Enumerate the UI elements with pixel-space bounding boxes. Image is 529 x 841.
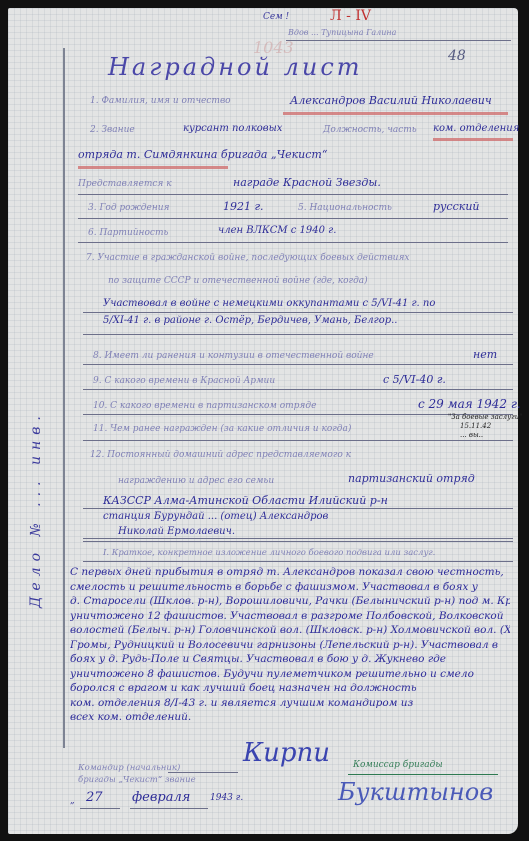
date-month: февраля [132, 790, 190, 805]
field-12-value-3: станция Бурундай ... (отец) Александров [103, 511, 328, 522]
field-7-value-1: Участвовал в войне с немецкими оккупанта… [103, 298, 435, 309]
rule [130, 808, 208, 809]
red-underline [78, 166, 228, 169]
field-6-value: член ВЛКСМ с 1940 г. [218, 225, 336, 236]
field-12-label: 12. Постоянный домашний адрес представля… [90, 450, 351, 460]
field-5-label: 5. Национальность [298, 203, 392, 213]
present-label: Представляется к [78, 179, 172, 189]
rule [83, 538, 513, 539]
rule [78, 242, 508, 243]
narrative-line: уничтожено 12 фашистов. Участвовал в раз… [70, 610, 504, 622]
field-2-label: 2. Звание [90, 125, 135, 135]
field-8-label: 8. Имеет ли ранения и контузии в отечест… [93, 351, 374, 361]
narrative-line: д. Старосели (Шклов. р-н), Ворошиловичи,… [70, 595, 510, 607]
commissar-label: Комиссар бригады [353, 760, 443, 770]
field-6-label: 6. Партийность [88, 228, 168, 238]
date-quote: „ [70, 796, 75, 806]
commander-signature: Кирпи [243, 738, 330, 768]
field-12-label-2: награждению и адрес его семьи [118, 476, 274, 486]
rule [78, 218, 508, 219]
field-10-value: с 29 мая 1942 г. [418, 397, 521, 411]
narrative-label: I. Краткое, конкретное изложение личного… [103, 548, 435, 558]
rule [83, 364, 513, 365]
narrative-line: боролся с врагом и как лучший боец назна… [70, 682, 417, 694]
field-9-value: с 5/VI-40 г. [383, 373, 446, 386]
narrative-line: смелость и решительность в борьбе с фаши… [70, 581, 478, 593]
rule [83, 389, 513, 390]
narrative-line: ком. отделения 8/I-43 г. и является лучш… [70, 697, 413, 709]
commissar-signature: Букштынов [338, 778, 493, 806]
commander-label-1: Командир (начальник) [78, 763, 180, 773]
field-2-value: курсант полковых [183, 123, 282, 134]
corner-note: Сем ! [263, 12, 289, 22]
narrative-line: волостей (Белыч. р-н) Головчинской вол. … [70, 624, 510, 636]
field-7-value-2: 5/XI-41 г. в районе г. Остёр, Бердичев, … [103, 315, 397, 326]
field-2c-value: отряда т. Симдянкина бригада „Чекист“ [78, 148, 327, 161]
rule [78, 194, 508, 195]
date-day: 27 [86, 790, 103, 805]
field-1-label: 1. Фамилия, имя и отчество [90, 96, 231, 106]
narrative-line: уничтожено 8 фашистов. Будучи пулеметчик… [70, 668, 474, 680]
field-7-label: 7. Участие в гражданской войне, последую… [86, 253, 410, 263]
present-value: награде Красной Звезды. [233, 176, 381, 189]
field-1-value: Александров Василий Николаевич [290, 94, 492, 107]
date-year: 1943 г. [210, 793, 243, 803]
rule [348, 774, 498, 775]
narrative-line: боях у д. Рудь-Поле и Святцы. Участвовал… [70, 653, 446, 665]
field-3-label: 3. Год рождения [88, 203, 170, 213]
rule [80, 808, 120, 809]
field-11-value-3: ... вы.. [460, 431, 483, 439]
narrative-line: Громы, Рудницкий и Волосевичи гарнизоны … [70, 639, 498, 651]
rule [83, 440, 513, 441]
red-underline [283, 112, 508, 115]
field-5-value: русский [433, 200, 479, 213]
margin-vertical-note: Дело № ... инв. [28, 410, 44, 608]
field-12-value-2: КАЗССР Алма-Атинской Области Илийский р-… [103, 494, 388, 507]
rule [83, 508, 513, 509]
commander-label-2: бригады „Чекист“ звание [78, 775, 196, 785]
field-11-value-2: 15.11.42 [460, 422, 491, 430]
rule [83, 561, 513, 562]
rule [83, 541, 513, 542]
field-12-value-1: партизанский отряд [348, 472, 475, 485]
rule [83, 334, 513, 335]
field-7-label-2: по защите СССР и отечественной войне (гд… [108, 276, 368, 286]
field-12-value-4: Николай Ермолаевич. [118, 526, 235, 537]
field-11-value-1: "За боевые заслуги" [448, 413, 522, 421]
field-2b-label: Должность, часть [323, 125, 417, 135]
narrative-line: С первых дней прибытия в отряд т. Алекса… [70, 566, 504, 578]
rule [83, 312, 513, 313]
top-caption: Вдов ... Тупицына Галина [288, 28, 396, 37]
field-9-label: 9. С какого времени в Красной Армии [93, 376, 275, 386]
margin-line [63, 48, 65, 748]
top-caption-rule [286, 40, 511, 41]
archive-mark: Л - IV [330, 8, 371, 24]
field-8-value: нет [473, 348, 497, 361]
document-title: Наградной лист [108, 53, 363, 81]
red-underline [433, 138, 513, 141]
page-number: 48 [448, 48, 466, 64]
narrative-line: всех ком. отделений. [70, 711, 191, 723]
field-11-label: 11. Чем ранее награжден (за какие отличи… [93, 424, 351, 434]
field-3-value: 1921 г. [223, 200, 264, 213]
field-10-label: 10. С какого времени в партизанском отря… [93, 401, 316, 411]
rule [168, 772, 238, 773]
field-2b-value: ком. отделения [433, 123, 519, 134]
document-sheet: Дело № ... инв. Сем ! Л - IV Вдов ... Ту… [8, 8, 518, 834]
